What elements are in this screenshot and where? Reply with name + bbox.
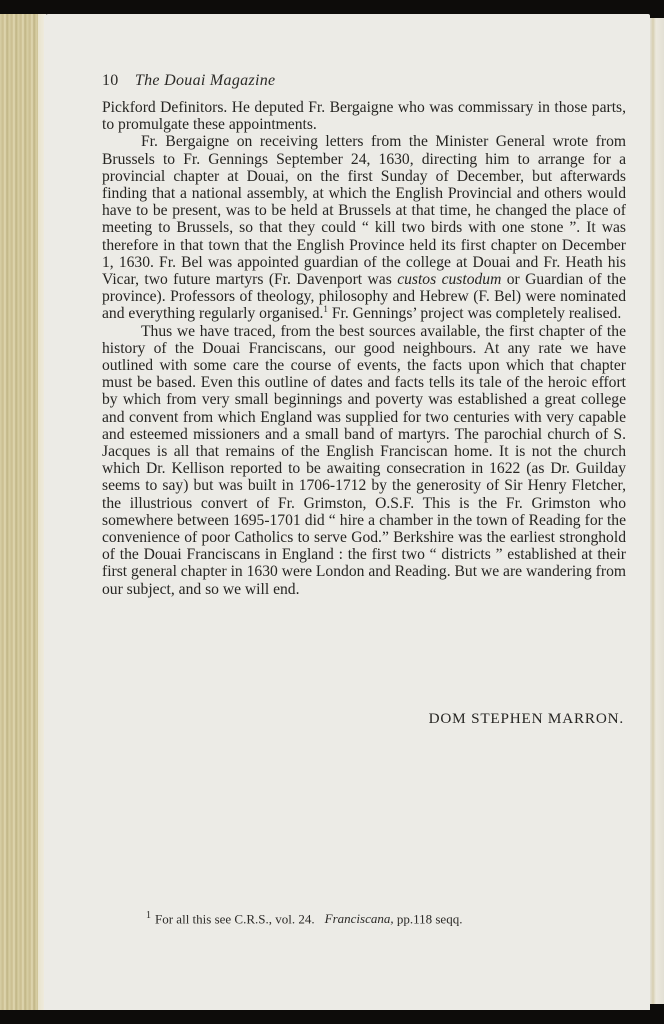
- article-body: Pickford Definitors. He deputed Fr. Berg…: [102, 99, 626, 598]
- author-signature: DOM STEPHEN MARRON.: [429, 710, 624, 728]
- paragraph-2: Fr. Bergaigne on receiving letters from …: [102, 133, 626, 322]
- footnote-italic-title: Franciscana,: [325, 911, 394, 926]
- book-page-edge-right: [650, 18, 664, 1004]
- latin-phrase: custos custodum: [397, 271, 501, 288]
- paragraph-3: Thus we have traced, from the best sourc…: [102, 323, 626, 598]
- paragraph-2-text-a: Fr. Bergaigne on receiving letters from …: [102, 133, 626, 288]
- paragraph-1: Pickford Definitors. He deputed Fr. Berg…: [102, 99, 626, 133]
- footnote-pages: pp.118 seqq.: [394, 911, 463, 926]
- running-header: 10 The Douai Magazine: [102, 72, 275, 90]
- footnote-text: For all this see C.R.S., vol. 24.: [155, 911, 315, 926]
- footnote: 1For all this see C.R.S., vol. 24.Franci…: [146, 910, 462, 927]
- running-title: The Douai Magazine: [135, 72, 276, 89]
- footnote-mark: 1: [146, 910, 151, 921]
- paragraph-2-text-c: Fr. Gennings’ project was completely rea…: [328, 305, 621, 322]
- page-number: 10: [102, 72, 119, 89]
